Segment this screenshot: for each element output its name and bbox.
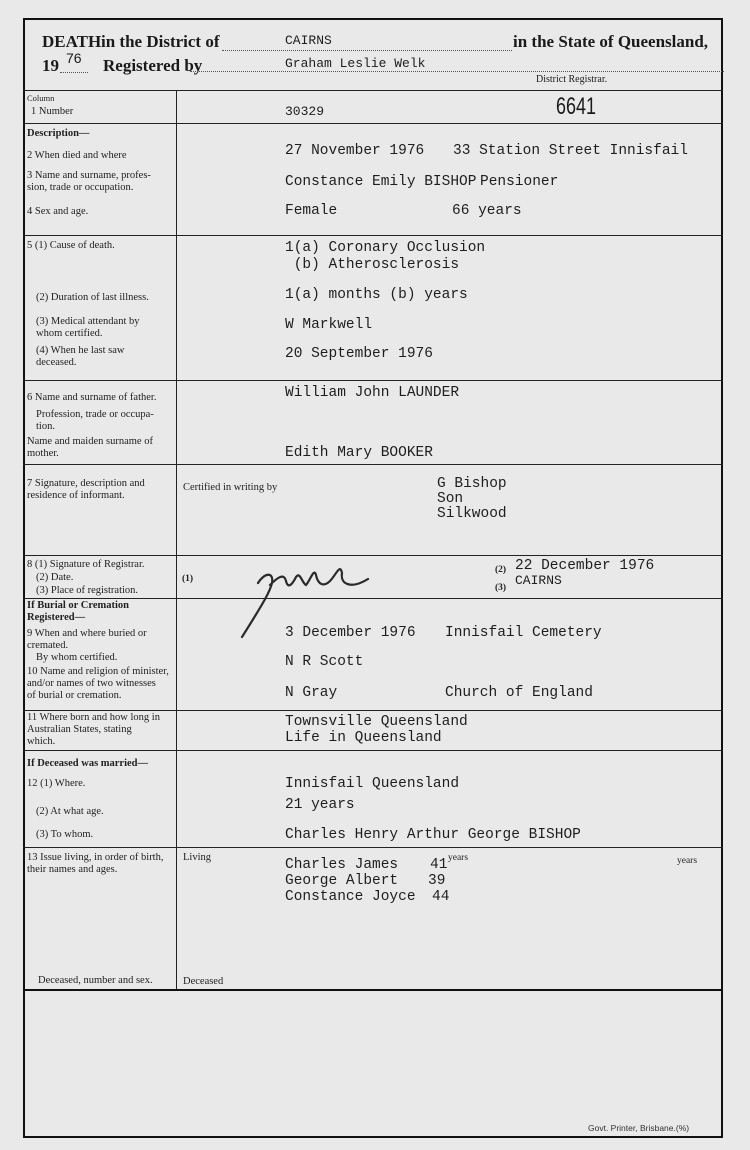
informant-relation: Son (437, 491, 463, 507)
deceased-label: Deceased (183, 976, 223, 988)
child-age: 41 (430, 857, 447, 873)
death-date: 27 November 1976 (285, 143, 424, 159)
age: 66 years (452, 203, 522, 219)
child-age: 44 (432, 889, 449, 905)
when-where-label: 2 When died and where (27, 150, 127, 162)
marriage-heading: If Deceased was married— (27, 758, 148, 770)
name-label: 3 Name and surname, profes- sion, trade … (27, 170, 151, 194)
state-label: in the State of Queensland, (513, 32, 708, 52)
registrar-name: Graham Leslie Welk (285, 56, 425, 71)
burial-place: Innisfail Cemetery (445, 625, 602, 641)
child-name: Constance Joyce (285, 889, 416, 905)
year-prefix: 19 (42, 56, 59, 76)
divider (23, 123, 723, 124)
district-value: CAIRNS (285, 33, 332, 48)
child-name: George Albert (285, 873, 398, 889)
marriage-age: 21 years (285, 797, 355, 813)
death-place: 33 Station Street Innisfail (453, 143, 688, 159)
registrar-line (190, 58, 724, 72)
date-marker: (2) (495, 564, 506, 576)
divider (23, 847, 723, 848)
father-occupation-label: Profession, trade or occupa- tion. (36, 409, 154, 433)
registration-date: 22 December 1976 (515, 558, 654, 574)
printer-credit: Govt. Printer, Brisbane.(%) (588, 1123, 689, 1133)
duration: 1(a) months (b) years (285, 287, 468, 303)
divider (23, 750, 723, 751)
child-name: Charles James (285, 857, 398, 873)
mother-name: Edith Mary BOOKER (285, 445, 433, 461)
description-heading: Description— (27, 128, 89, 139)
attendant: W Markwell (285, 317, 372, 333)
marriage-age-label: (2) At what age. (36, 806, 104, 818)
place-marker: (3) (495, 582, 506, 594)
religion: Church of England (445, 685, 593, 701)
certified-label: Certified in writing by (183, 482, 277, 494)
birthplace-line2: Life in Queensland (285, 730, 442, 746)
death-label: DEATH (42, 32, 101, 52)
number-value: 30329 (285, 104, 324, 119)
certified-by-label: By whom certified. (36, 652, 117, 664)
registration-place-label: (3) Place of registration. (36, 585, 138, 597)
last-saw: 20 September 1976 (285, 346, 433, 362)
informant-residence: Silkwood (437, 506, 507, 522)
burial-date: 3 December 1976 (285, 625, 416, 641)
last-saw-label: (4) When he last saw deceased. (36, 345, 126, 369)
years-label: years (448, 852, 468, 864)
child-age: 39 (428, 873, 445, 889)
divider (23, 710, 723, 711)
cause-a: 1(a) Coronary Occlusion (285, 240, 485, 256)
burial-heading: If Burial or Cremation Registered— (27, 600, 129, 624)
birthplace-line1: Townsville Queensland (285, 714, 468, 730)
living-label: Living (183, 852, 211, 864)
minister-label: 10 Name and religion of minister, and/or… (27, 666, 169, 702)
sex: Female (285, 203, 337, 219)
registrar-signature-label: 8 (1) Signature of Registrar. (27, 559, 145, 571)
divider (23, 90, 723, 91)
divider (23, 380, 723, 381)
divider (23, 989, 723, 991)
father-name: William John LAUNDER (285, 385, 459, 401)
duration-label: (2) Duration of last illness. (36, 292, 149, 304)
district-label: in the District of (101, 32, 220, 52)
divider (23, 464, 723, 465)
signature-marker: (1) (182, 573, 193, 585)
informant-label: 7 Signature, description and residence o… (27, 478, 145, 502)
occupation: Pensioner (480, 174, 558, 190)
issue-label: 13 Issue living, in order of birth, thei… (27, 852, 163, 876)
mother-label: Name and maiden surname of mother. (27, 436, 153, 460)
column-label: Column (27, 92, 54, 104)
marriage-where-label: 12 (1) Where. (27, 778, 85, 790)
birthplace-label: 11 Where born and how long in Australian… (27, 712, 160, 748)
registration-place: CAIRNS (515, 573, 562, 588)
certified-by: N R Scott (285, 654, 363, 670)
registration-date-label: (2) Date. (36, 572, 73, 584)
minister-name: N Gray (285, 685, 337, 701)
year-suffix: 76 (66, 50, 82, 66)
marriage-where: Innisfail Queensland (285, 776, 459, 792)
stamp-number: 6641 (556, 93, 596, 121)
marriage-whom-label: (3) To whom. (36, 829, 93, 841)
cause-b: (b) Atherosclerosis (285, 257, 459, 273)
attendant-label: (3) Medical attendant by whom certified. (36, 316, 146, 340)
cause-label: 5 (1) Cause of death. (27, 240, 115, 252)
sex-age-label: 4 Sex and age. (27, 206, 88, 218)
years-label-right: years (677, 855, 697, 867)
burial-when-where-label: 9 When and where buried or cremated. (27, 628, 147, 652)
registrar-title: District Registrar. (536, 74, 607, 85)
deceased-name: Constance Emily BISHOP (285, 174, 476, 190)
number-label: 1 Number (31, 106, 73, 118)
divider (23, 235, 723, 236)
informant-name: G Bishop (437, 476, 507, 492)
district-line (222, 36, 512, 51)
registered-by-label: Registered by (103, 56, 202, 76)
issue-deceased-label: Deceased, number and sex. (38, 975, 153, 987)
column-divider (176, 90, 177, 989)
father-label: 6 Name and surname of father. (27, 392, 156, 404)
spouse-name: Charles Henry Arthur George BISHOP (285, 827, 581, 843)
